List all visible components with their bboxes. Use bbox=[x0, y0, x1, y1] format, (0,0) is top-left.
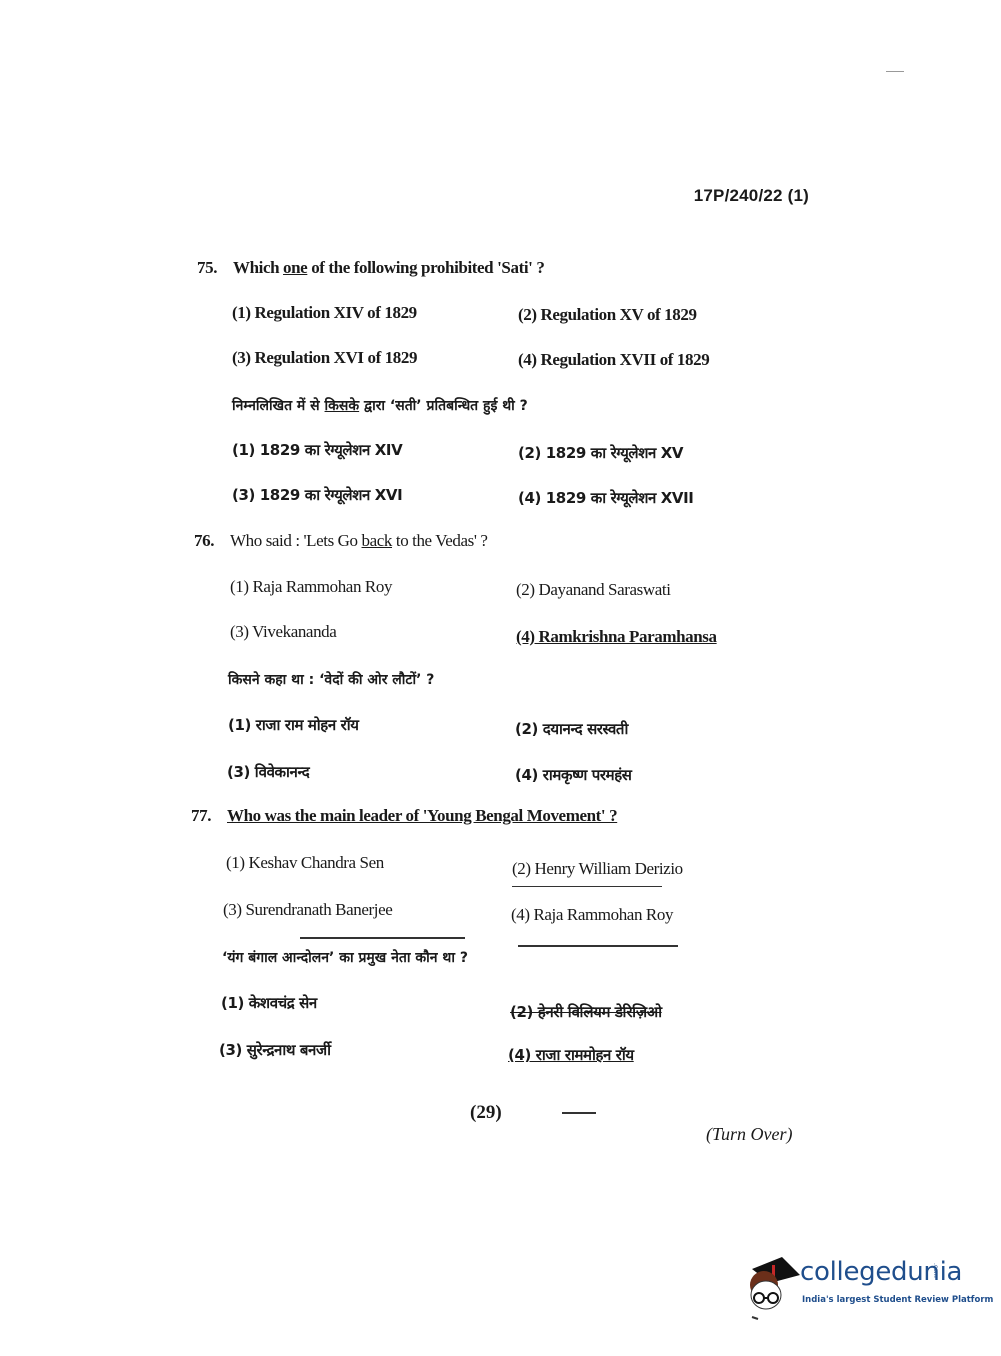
question-number: 75. bbox=[197, 258, 233, 278]
page-number: (29) bbox=[470, 1102, 502, 1124]
mascot-icon bbox=[742, 1255, 800, 1321]
option-75-1-hindi: (1) 1829 का रेग्यूलेशन XIV bbox=[232, 440, 402, 460]
question-76: 76.Who said : 'Lets Go back to the Vedas… bbox=[194, 531, 488, 551]
option-76-4: (4) Ramkrishna Paramhansa bbox=[516, 627, 717, 647]
top-mark bbox=[886, 71, 904, 72]
option-76-2: (2) Dayanand Saraswati bbox=[516, 580, 671, 600]
option-75-4: (4) Regulation XVII of 1829 bbox=[518, 350, 709, 370]
option-75-4-hindi: (4) 1829 का रेग्यूलेशन XVII bbox=[518, 488, 693, 508]
collegedunia-logo: collegedunia .com India's largest Studen… bbox=[742, 1255, 972, 1325]
option-77-2: (2) Henry William Derizio bbox=[512, 859, 683, 879]
option-76-3-hindi: (3) विवेकानन्द bbox=[227, 762, 309, 782]
option-75-2-hindi: (2) 1829 का रेग्यूलेशन XV bbox=[518, 443, 683, 463]
question-75-hindi: निम्नलिखित में से किसके द्वारा ‘सती’ प्र… bbox=[232, 396, 528, 415]
option-75-3-hindi: (3) 1829 का रेग्यूलेशन XVI bbox=[232, 485, 402, 505]
option-77-4: (4) Raja Rammohan Roy bbox=[511, 905, 673, 925]
brand-suffix: .com bbox=[932, 1263, 939, 1278]
option-76-2-hindi: (2) दयानन्द सरस्वती bbox=[515, 719, 628, 739]
option-77-1: (1) Keshav Chandra Sen bbox=[226, 853, 384, 873]
question-77-hindi: ‘यंग बंगाल आन्दोलन’ का प्रमुख नेता कौन थ… bbox=[222, 948, 468, 967]
option-75-1: (1) Regulation XIV of 1829 bbox=[232, 303, 417, 323]
brand-tagline: India's largest Student Review Platform bbox=[802, 1295, 993, 1305]
option-76-1-hindi: (1) राजा राम मोहन रॉय bbox=[228, 715, 359, 735]
turn-over: (Turn Over) bbox=[706, 1124, 793, 1145]
option-75-2: (2) Regulation XV of 1829 bbox=[518, 305, 697, 325]
option-75-3: (3) Regulation XVI of 1829 bbox=[232, 348, 417, 368]
option-76-1: (1) Raja Rammohan Roy bbox=[230, 577, 392, 597]
paper-code: 17P/240/22 (1) bbox=[694, 186, 809, 206]
option-77-3-hindi: (3) सुरेन्द्रनाथ बनर्जी bbox=[219, 1040, 331, 1060]
scribble-mark bbox=[512, 886, 662, 887]
option-76-3: (3) Vivekananda bbox=[230, 622, 336, 642]
option-77-2-hindi: (2) हेनरी विलियम डेरिज़िओ bbox=[510, 1002, 662, 1022]
option-76-4-hindi: (4) रामकृष्ण परमहंस bbox=[515, 765, 632, 785]
question-number: 76. bbox=[194, 531, 230, 551]
question-77: 77.Who was the main leader of 'Young Ben… bbox=[191, 806, 617, 826]
question-75: 75.Which one of the following prohibited… bbox=[197, 258, 544, 278]
scribble-mark bbox=[518, 945, 678, 947]
question-number: 77. bbox=[191, 806, 227, 826]
question-76-hindi: किसने कहा था : ‘वेदों की ओर लौटों’ ? bbox=[228, 670, 434, 689]
option-77-1-hindi: (1) केशवचंद्र सेन bbox=[221, 993, 317, 1013]
scribble-mark bbox=[300, 937, 465, 939]
option-77-4-hindi: (4) राजा राममोहन रॉय bbox=[508, 1045, 634, 1065]
option-77-3: (3) Surendranath Banerjee bbox=[223, 900, 392, 920]
scribble-mark bbox=[562, 1112, 596, 1114]
